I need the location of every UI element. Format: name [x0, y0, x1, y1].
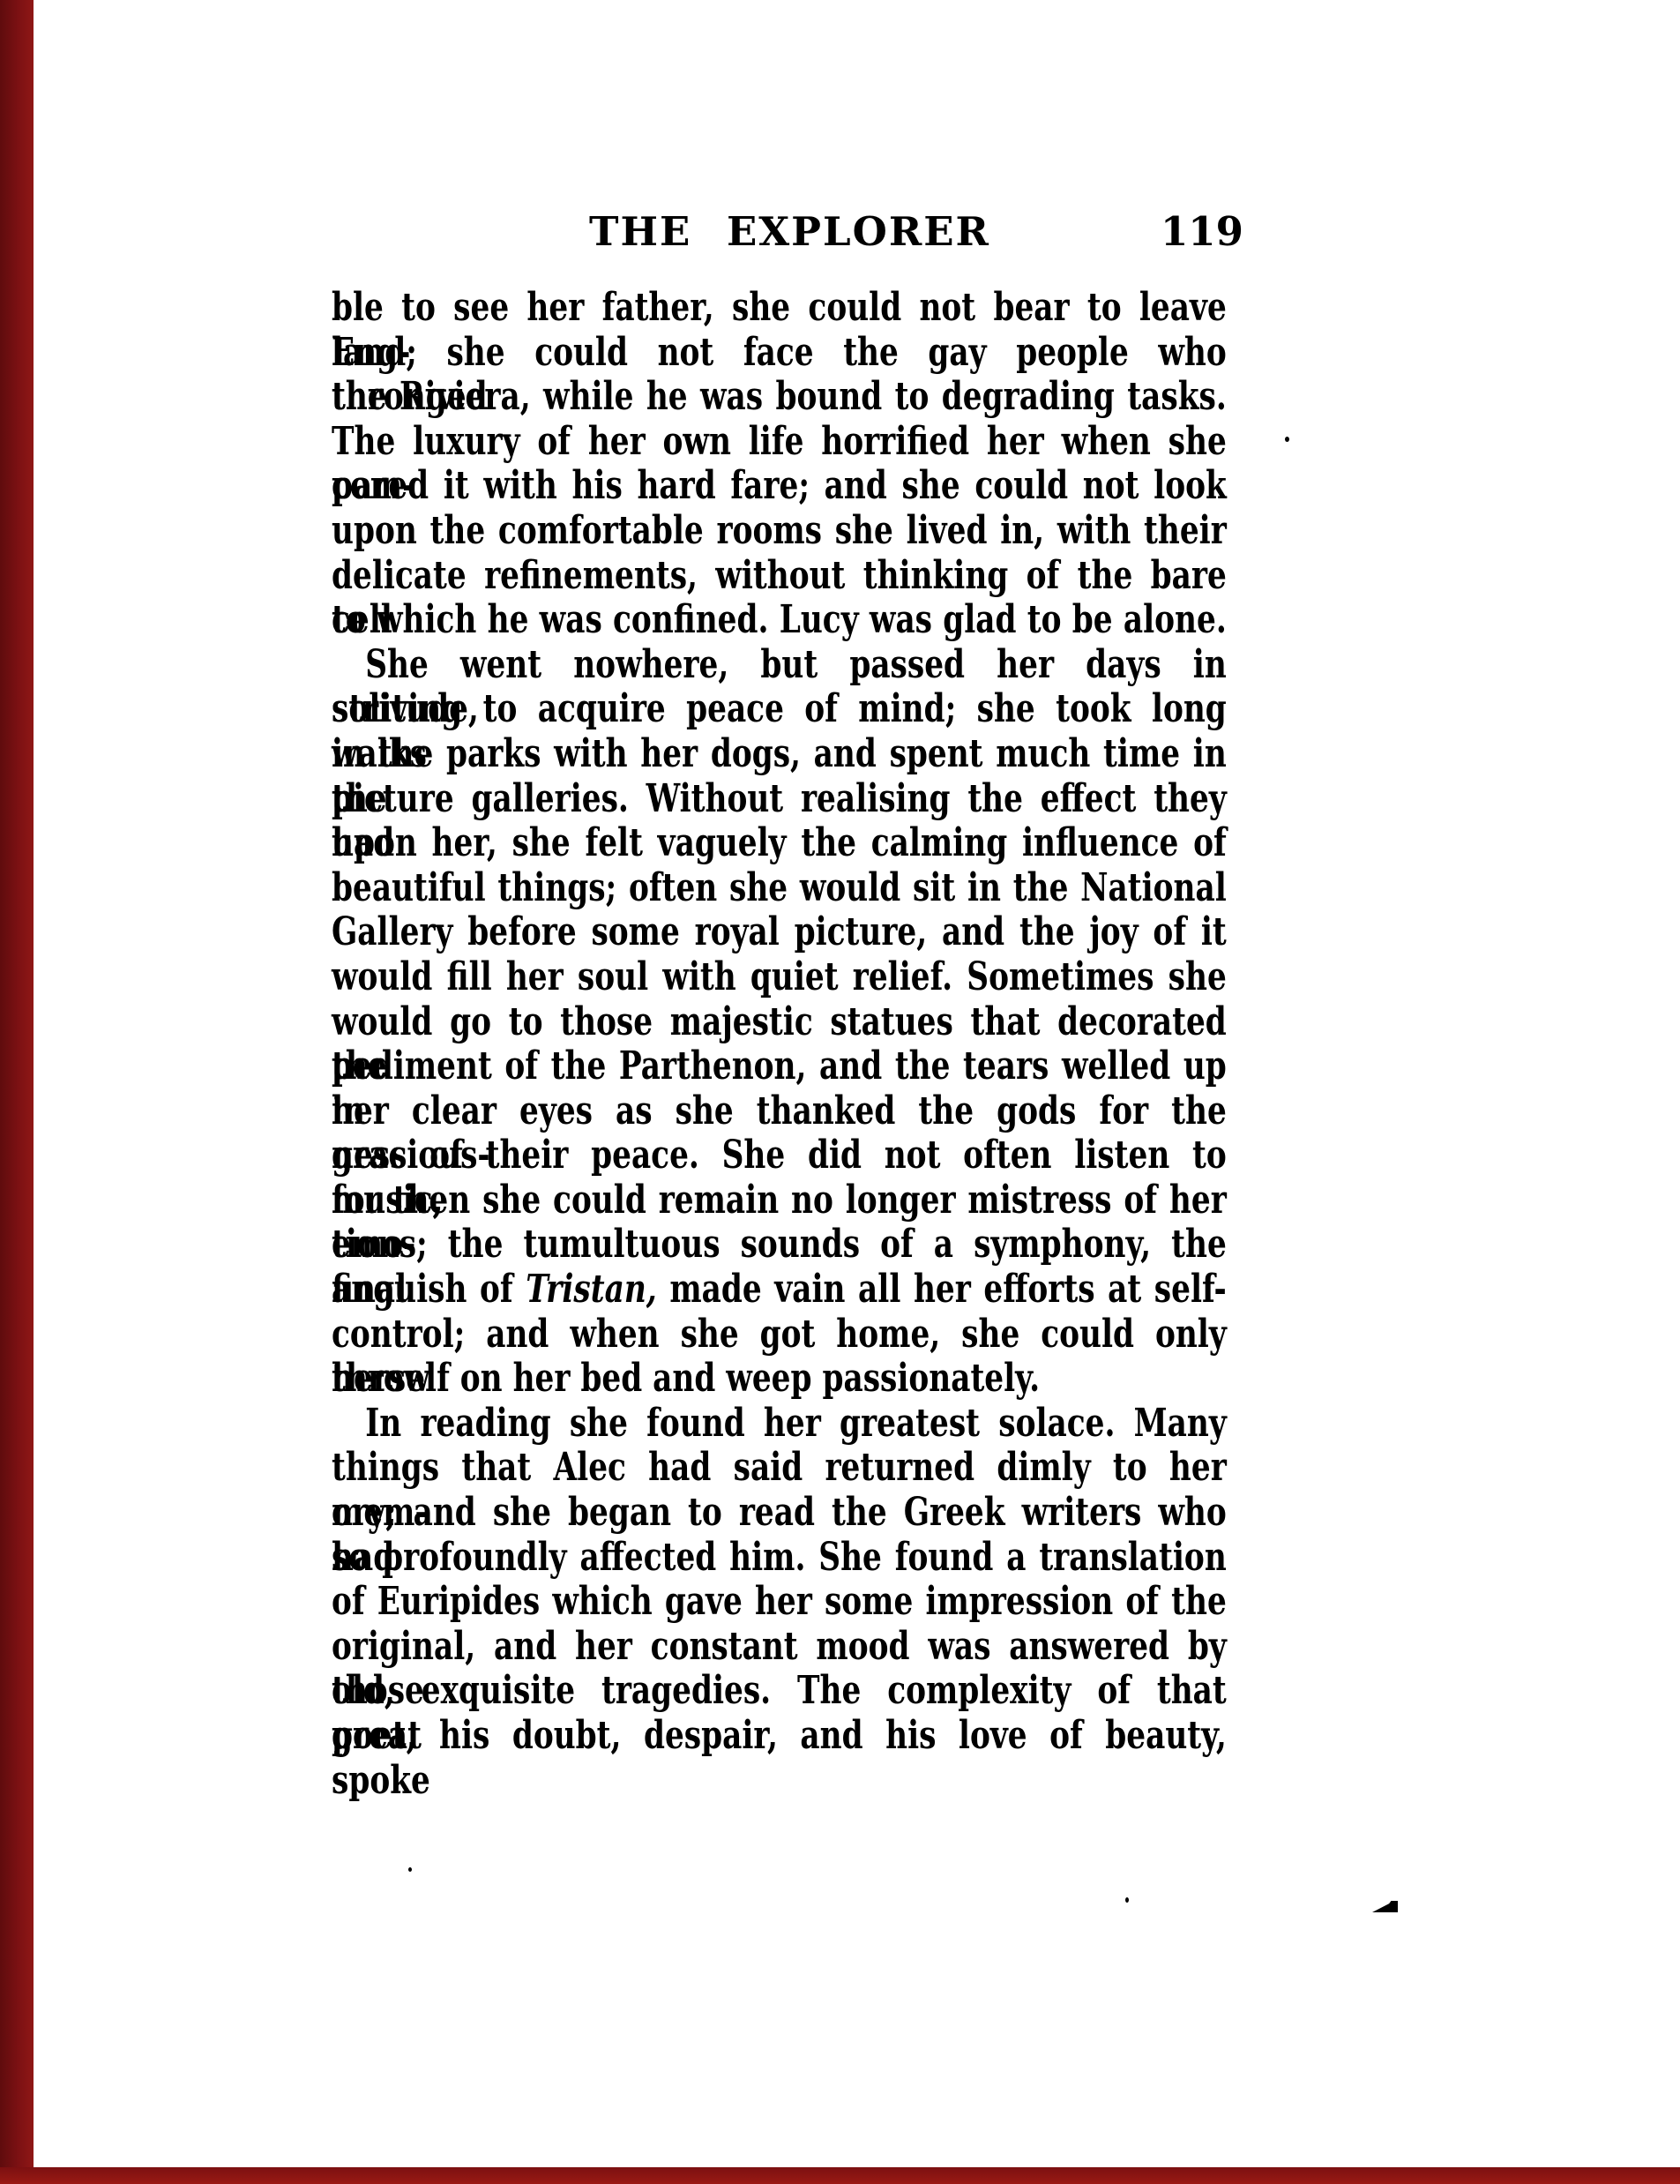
text-segment: pared it with his hard fare; and she cou… — [332, 463, 1227, 508]
text-segment: of Euripides which gave her some impress… — [332, 1579, 1227, 1624]
text-segment: upon her, she felt vaguely the calming i… — [332, 820, 1227, 865]
text-segment: the Riviera, while he was bound to degra… — [332, 374, 1227, 419]
text-line: so profoundly affected him. She found a … — [332, 1536, 1227, 1581]
text-line: ness of their peace. She did not often l… — [332, 1133, 1227, 1178]
text-line: would go to those majestic statues that … — [332, 1000, 1227, 1045]
text-line: tions; the tumultuous sounds of a sympho… — [332, 1223, 1227, 1268]
page-number: 119 — [1161, 212, 1243, 251]
ink-speck — [1285, 437, 1289, 442]
text-line: ory; and she began to read the Greek wri… — [332, 1491, 1227, 1536]
text-line: striving to acquire peace of mind; she t… — [332, 687, 1227, 732]
text-line: poet, his doubt, despair, and his love o… — [332, 1714, 1227, 1759]
text-line: in the parks with her dogs, and spent mu… — [332, 732, 1227, 777]
text-line: control; and when she got home, she coul… — [332, 1313, 1227, 1358]
text-line: her clear eyes as she thanked the gods f… — [332, 1089, 1227, 1134]
text-line: anguish of Tristan, made vain all her ef… — [332, 1268, 1227, 1313]
book-cover-edge-bottom — [0, 2167, 1680, 2184]
text-block: ble to see her father, she could not bea… — [332, 286, 1227, 1759]
text-segment: to which he was confined. Lucy was glad … — [332, 597, 1227, 642]
text-line: ble to see her father, she could not bea… — [332, 286, 1227, 331]
text-line: Gallery before some royal picture, and t… — [332, 910, 1227, 955]
text-line: original, and her constant mood was answ… — [332, 1625, 1227, 1670]
text-line: picture galleries. Without realising the… — [332, 777, 1227, 822]
text-segment: made vain all her efforts at self- — [669, 1267, 1226, 1312]
text-line: of Euripides which gave her some impress… — [332, 1580, 1227, 1625]
text-line: the Riviera, while he was bound to degra… — [332, 375, 1227, 420]
text-segment: In reading she found her greatest solace… — [365, 1401, 1227, 1446]
text-segment: beautiful things; often she would sit in… — [332, 865, 1227, 910]
ink-wedge-mark — [1372, 1901, 1398, 1912]
text-line: pediment of the Parthenon, and the tears… — [332, 1044, 1227, 1089]
text-line: delicate refinements, without thinking o… — [332, 554, 1227, 599]
text-line: She went nowhere, but passed her days in… — [332, 643, 1227, 688]
text-segment: Gallery before some royal picture, and t… — [332, 909, 1227, 954]
text-line: beautiful things; often she would sit in… — [332, 866, 1227, 911]
italic-book-title-text: Tristan, — [513, 1267, 670, 1312]
text-line: herself on her bed and weep passionately… — [332, 1357, 1227, 1402]
text-line: to which he was confined. Lucy was glad … — [332, 598, 1227, 643]
text-line: upon the comfortable rooms she lived in,… — [332, 509, 1227, 554]
text-segment: herself on her bed and weep passionately… — [332, 1356, 1040, 1401]
text-segment: anguish of — [332, 1267, 513, 1312]
text-segment: upon the comfortable rooms she lived in,… — [332, 508, 1227, 553]
text-line: would fill her soul with quiet relief. S… — [332, 955, 1227, 1000]
text-line: old, exquisite tragedies. The complexity… — [332, 1669, 1227, 1714]
running-header-title: THE EXPLORER — [589, 212, 990, 251]
ink-speck — [1125, 1897, 1129, 1903]
text-line: for then she could remain no longer mist… — [332, 1178, 1227, 1223]
ink-speck — [408, 1867, 412, 1872]
text-line: In reading she found her greatest solace… — [332, 1402, 1227, 1447]
text-segment: poet, his doubt, despair, and his love o… — [332, 1713, 1227, 1803]
book-cover-edge-left — [0, 0, 34, 2184]
text-line: pared it with his hard fare; and she cou… — [332, 464, 1227, 509]
text-segment: so profoundly affected him. She found a … — [332, 1535, 1227, 1580]
text-line: The luxury of her own life horrified her… — [332, 420, 1227, 465]
text-line: upon her, she felt vaguely the calming i… — [332, 821, 1227, 866]
book-page-scan: THE EXPLORER 119 ble to see her father, … — [0, 0, 1680, 2184]
text-line: land; she could not face the gay people … — [332, 331, 1227, 376]
text-segment: would fill her soul with quiet relief. S… — [332, 954, 1227, 999]
text-line: things that Alec had said returned dimly… — [332, 1446, 1227, 1491]
